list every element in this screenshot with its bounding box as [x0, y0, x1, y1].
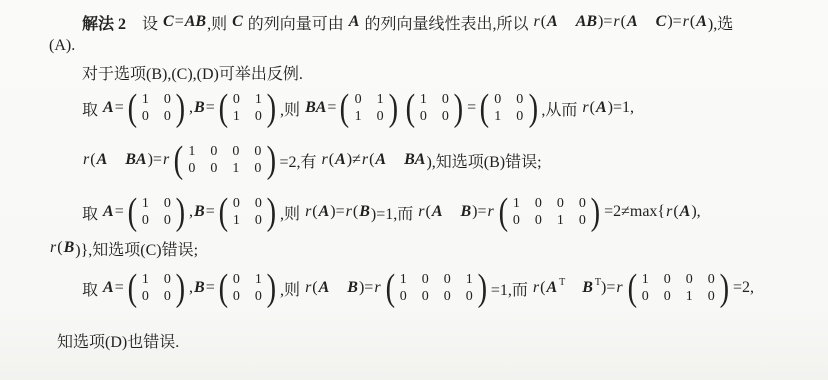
- matrix: (1000): [126, 189, 187, 235]
- case-d-conclusion-line: 知选项(D)也错误.: [49, 328, 810, 352]
- matrix-entries: 1000: [138, 197, 174, 228]
- matrix-entries: 0110: [351, 93, 387, 124]
- matrix: (1000): [126, 85, 187, 131]
- math-variable: B: [63, 239, 76, 257]
- matrix-cell: 0: [556, 197, 564, 211]
- matrix-cell: 1: [685, 290, 693, 304]
- matrix-cell: 1: [419, 93, 427, 107]
- text-run: =2,: [733, 279, 754, 297]
- matrix-cell: 0: [354, 93, 362, 107]
- text-run: =: [206, 99, 215, 117]
- text-run: ,从而: [541, 97, 581, 120]
- matrix-cell: 0: [419, 110, 427, 124]
- matrix-cell: 0: [254, 214, 262, 228]
- text-run: 的列向量线性表出,所以: [360, 11, 532, 34]
- text-run: ),知选项(B)错误;: [426, 149, 541, 172]
- math-variable: BA: [304, 99, 327, 117]
- matrix-cell: 0: [534, 197, 542, 211]
- matrix-cell: 0: [685, 273, 693, 287]
- math-variable: C: [162, 13, 175, 31]
- matrix-cell: 0: [465, 290, 473, 304]
- math-function: r: [162, 151, 170, 169]
- left-paren: (: [218, 190, 227, 234]
- matrix-cell: 1: [188, 145, 196, 159]
- math-variable: A: [374, 151, 387, 169]
- left-paren: (: [405, 86, 414, 130]
- math-variable: BA: [403, 151, 426, 169]
- matrix-cell: 0: [254, 290, 262, 304]
- math-variable: B: [193, 203, 206, 221]
- math-function: r: [373, 279, 381, 297]
- matrix-entries: 10000010: [509, 197, 589, 228]
- matrix-cell: 0: [421, 290, 429, 304]
- right-paren: ): [176, 86, 185, 130]
- text-run: )≠: [347, 151, 361, 169]
- matrix: (1000): [404, 85, 465, 131]
- case-c-conclusion-line: r(B)},知选项(C)错误;: [49, 236, 810, 260]
- transpose-superscript: T: [559, 277, 565, 288]
- math-variable: B: [193, 279, 206, 297]
- matrix-cell: 0: [163, 273, 171, 287]
- math-variable: B: [581, 279, 594, 297]
- matrix: (1000): [126, 265, 187, 311]
- matrix-cell: 0: [232, 273, 240, 287]
- text-run: ,则: [280, 201, 304, 224]
- matrix-entries: 0010: [491, 93, 527, 124]
- text-run: =: [115, 99, 124, 117]
- matrix-cell: 0: [254, 197, 262, 211]
- matrix: (0010): [217, 189, 278, 235]
- matrix-cell: 0: [663, 273, 671, 287]
- matrix-cell: 1: [141, 197, 149, 211]
- text-run: [387, 151, 403, 169]
- matrix-entries: 1000: [138, 273, 174, 304]
- matrix-cell: 1: [232, 162, 240, 176]
- matrix-cell: 0: [141, 290, 149, 304]
- matrix-cell: 0: [399, 290, 407, 304]
- text-run: =1,而: [491, 277, 532, 300]
- matrix-cell: 0: [141, 110, 149, 124]
- text-run: )=: [359, 279, 373, 297]
- left-paren: (: [174, 138, 183, 182]
- math-function: r: [615, 279, 623, 297]
- math-variable: C: [655, 13, 668, 31]
- matrix-cell: 1: [254, 273, 262, 287]
- matrix-cell: 0: [254, 162, 262, 176]
- math-function: r: [304, 279, 312, 297]
- matrix: (10010000): [384, 265, 489, 311]
- text-run: 取: [82, 97, 102, 120]
- math-variable: B: [193, 99, 206, 117]
- case-b-setup-line: 取 A=(1000),B=(0110),则 BA=(0110)(1000)=(0…: [49, 84, 810, 132]
- text-run: =: [115, 279, 124, 297]
- text-run: 知选项(D)也错误.: [57, 329, 179, 352]
- matrix-cell: 0: [376, 110, 384, 124]
- matrix-cell: 1: [494, 110, 502, 124]
- math-variable: AB: [184, 13, 207, 31]
- matrix-cell: 0: [163, 197, 171, 211]
- matrix-entries: 1000: [138, 93, 174, 124]
- matrix: (10000010): [497, 189, 602, 235]
- text-run: ),: [691, 203, 700, 221]
- text-run: )=1,: [608, 99, 634, 117]
- math-variable: B: [346, 279, 359, 297]
- math-function: r: [612, 13, 620, 31]
- text-run: )},知选项(C)错误;: [75, 237, 198, 260]
- matrix-cell: 1: [376, 93, 384, 107]
- text-run: =: [115, 203, 124, 221]
- left-paren: (: [127, 190, 136, 234]
- math-function: r: [304, 203, 312, 221]
- math-variable: A: [318, 203, 331, 221]
- math-function: r: [581, 99, 589, 117]
- counterexample-intro-line: 对于选项(B),(C),(D)可举出反例.: [49, 60, 810, 84]
- matrix-entries: 10000010: [185, 145, 265, 176]
- left-paren: (: [627, 266, 636, 310]
- matrix-cell: 0: [494, 93, 502, 107]
- matrix-cell: 1: [512, 197, 520, 211]
- math-function: r: [82, 151, 90, 169]
- matrix-cell: 0: [663, 290, 671, 304]
- matrix-cell: 0: [641, 290, 649, 304]
- text-run: )=: [472, 203, 486, 221]
- matrix-cell: 0: [516, 110, 524, 124]
- math-function: r: [682, 13, 690, 31]
- text-run: )=1,而: [371, 201, 417, 224]
- matrix: (0100): [217, 265, 278, 311]
- matrix-entries: 0100: [229, 273, 265, 304]
- math-function: r: [487, 203, 495, 221]
- solution-heading-line: 解法 2 设 C=AB,则 C 的列向量可由 A 的列向量线性表出,所以 r(A…: [49, 10, 810, 34]
- matrix-cell: 1: [254, 93, 262, 107]
- left-paren: (: [127, 86, 136, 130]
- text-run: )=: [601, 279, 615, 297]
- text-run: [443, 203, 459, 221]
- matrix-cell: 1: [399, 273, 407, 287]
- text-run: 取: [82, 277, 102, 300]
- matrix-entries: 0010: [229, 197, 265, 228]
- case-d-setup-line: 取 A=(1000),B=(0100),则 r(A B)=r(10010000)…: [49, 264, 810, 312]
- right-paren: ): [176, 266, 185, 310]
- math-variable: A: [679, 203, 692, 221]
- text-run: =: [327, 99, 336, 117]
- matrix: (0110): [217, 85, 278, 131]
- text-run: =2,有: [279, 149, 320, 172]
- matrix-cell: 0: [163, 93, 171, 107]
- matrix-cell: 0: [232, 145, 240, 159]
- math-variable: A: [348, 13, 361, 31]
- math-variable: AB: [575, 13, 598, 31]
- matrix-cell: 1: [141, 273, 149, 287]
- left-paren: (: [127, 266, 136, 310]
- math-variable: A: [626, 13, 639, 31]
- left-paren: (: [218, 266, 227, 310]
- matrix: (0110): [338, 85, 399, 131]
- matrix-cell: 0: [578, 197, 586, 211]
- math-variable: B: [459, 203, 472, 221]
- right-paren: ): [528, 86, 537, 130]
- right-paren: ): [267, 86, 276, 130]
- case-b-conclusion-line: r(A BA)=r(10000010)=2,有 r(A)≠r(A BA),知选项…: [49, 136, 810, 184]
- matrix-cell: 0: [163, 110, 171, 124]
- text-run: =: [206, 203, 215, 221]
- text-run: [565, 279, 581, 297]
- math-function: r: [361, 151, 369, 169]
- matrix-cell: 0: [441, 93, 449, 107]
- matrix-cell: 1: [141, 93, 149, 107]
- case-c-setup-line: 取 A=(1000),B=(0010),则 r(A)=r(B)=1,而 r(A …: [49, 188, 810, 236]
- matrix-cell: 1: [232, 110, 240, 124]
- matrix-cell: 0: [232, 290, 240, 304]
- matrix-cell: 0: [163, 214, 171, 228]
- math-variable: A: [102, 279, 115, 297]
- math-variable: C: [231, 13, 244, 31]
- text-run: )=: [667, 13, 681, 31]
- bold-run: 解法 2: [82, 11, 126, 34]
- text-run: ,则: [280, 277, 304, 300]
- right-paren: ): [389, 86, 398, 130]
- matrix-cell: 1: [232, 214, 240, 228]
- text-run: [108, 151, 124, 169]
- matrix: (10000010): [172, 137, 277, 183]
- math-variable: A: [334, 151, 347, 169]
- matrix-cell: 0: [443, 290, 451, 304]
- matrix-cell: 0: [254, 145, 262, 159]
- matrix: (0010): [478, 85, 539, 131]
- math-function: r: [49, 239, 57, 257]
- text-run: =: [175, 13, 184, 31]
- matrix-cell: 0: [254, 110, 262, 124]
- right-paren: ): [267, 190, 276, 234]
- matrix-cell: 0: [141, 214, 149, 228]
- right-paren: ): [267, 266, 276, 310]
- text-run: )=: [330, 203, 344, 221]
- matrix-cell: 0: [210, 145, 218, 159]
- math-function: r: [417, 203, 425, 221]
- matrix-entries: 10010000: [396, 273, 476, 304]
- matrix-cell: 0: [707, 290, 715, 304]
- matrix-cell: 0: [512, 214, 520, 228]
- math-function: r: [665, 203, 673, 221]
- transpose-superscript: T: [595, 277, 601, 288]
- text-run: ,则: [280, 97, 304, 120]
- right-paren: ): [176, 190, 185, 234]
- math-variable: A: [96, 151, 109, 169]
- text-run: 的列向量可由: [244, 11, 348, 34]
- text-run: )=: [598, 13, 612, 31]
- right-paren: ): [591, 190, 600, 234]
- math-variable: A: [595, 99, 608, 117]
- text-run: ),选: [708, 11, 733, 34]
- matrix-cell: 0: [163, 290, 171, 304]
- text-run: 取: [82, 201, 102, 224]
- left-paren: (: [218, 86, 227, 130]
- text-run: 设: [126, 11, 162, 34]
- text-run: [330, 279, 346, 297]
- matrix-entries: 1000: [416, 93, 452, 124]
- text-run: (A).: [49, 37, 75, 55]
- matrix-cell: 0: [188, 162, 196, 176]
- matrix-cell: 0: [232, 93, 240, 107]
- matrix-cell: 0: [232, 197, 240, 211]
- math-function: r: [321, 151, 329, 169]
- math-variable: A: [102, 203, 115, 221]
- matrix-cell: 1: [556, 214, 564, 228]
- matrix-cell: 0: [707, 273, 715, 287]
- matrix-cell: 1: [641, 273, 649, 287]
- text-run: [559, 13, 575, 31]
- right-paren: ): [720, 266, 729, 310]
- matrix-cell: 0: [441, 110, 449, 124]
- matrix-entries: 0110: [229, 93, 265, 124]
- answer-line: (A).: [49, 34, 810, 58]
- math-variable: A: [695, 13, 708, 31]
- text-run: =: [206, 279, 215, 297]
- math-function: r: [532, 13, 540, 31]
- matrix-cell: 1: [354, 110, 362, 124]
- document-page: 解法 2 设 C=AB,则 C 的列向量可由 A 的列向量线性表出,所以 r(A…: [0, 0, 828, 380]
- matrix-cell: 0: [421, 273, 429, 287]
- left-paren: (: [498, 190, 507, 234]
- math-variable: A: [318, 279, 331, 297]
- right-paren: ): [478, 266, 487, 310]
- math-variable: A: [431, 203, 444, 221]
- text-run: )=: [148, 151, 162, 169]
- matrix-cell: 0: [578, 214, 586, 228]
- math-function: r: [532, 279, 540, 297]
- right-paren: ): [266, 138, 275, 182]
- text-run: [639, 13, 655, 31]
- matrix-cell: 0: [534, 214, 542, 228]
- text-run: =: [467, 99, 476, 117]
- document-body: 解法 2 设 C=AB,则 C 的列向量可由 A 的列向量线性表出,所以 r(A…: [49, 10, 810, 352]
- math-variable: A: [545, 279, 558, 297]
- math-variable: BA: [124, 151, 147, 169]
- left-paren: (: [340, 86, 349, 130]
- right-paren: ): [454, 86, 463, 130]
- text-run: =2≠max{: [604, 203, 665, 221]
- left-paren: (: [385, 266, 394, 310]
- matrix-cell: 0: [443, 273, 451, 287]
- matrix-cell: 0: [210, 162, 218, 176]
- text-run: ,则: [207, 11, 231, 34]
- matrix-cell: 0: [516, 93, 524, 107]
- matrix: (10000010): [626, 265, 731, 311]
- text-run: 对于选项(B),(C),(D)可举出反例.: [82, 61, 303, 84]
- left-paren: (: [480, 86, 489, 130]
- math-variable: B: [358, 203, 371, 221]
- matrix-cell: 1: [465, 273, 473, 287]
- matrix-entries: 10000010: [638, 273, 718, 304]
- math-variable: A: [546, 13, 559, 31]
- math-function: r: [345, 203, 353, 221]
- math-variable: A: [102, 99, 115, 117]
